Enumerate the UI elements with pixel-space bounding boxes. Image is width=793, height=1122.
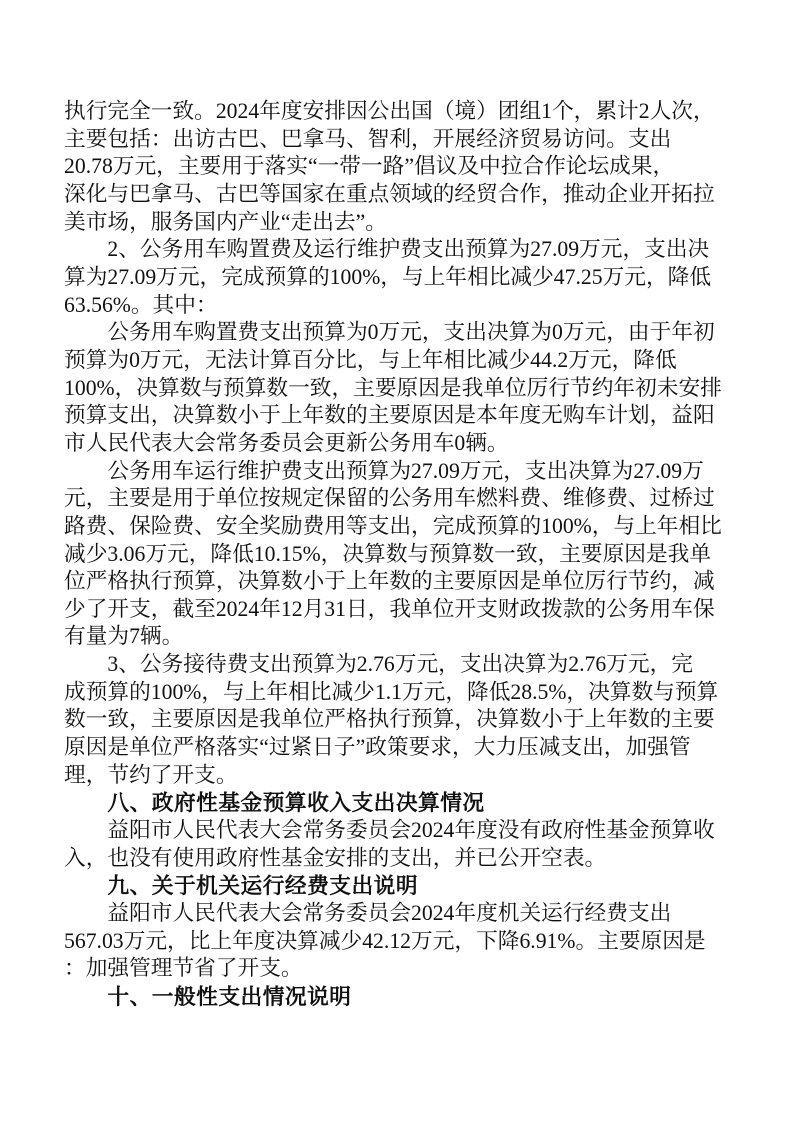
text-line: 执行完全一致。2024年度安排因公出国（境）团组1个，累计2人次， bbox=[64, 98, 729, 126]
text-line: 益阳市人民代表大会常务委员会2024年度没有政府性基金预算收 bbox=[64, 817, 729, 845]
text-line: 公务用车购置费支出预算为0万元，支出决算为0万元，由于年初 bbox=[64, 319, 729, 347]
text-line: 十、一般性支出情况说明 bbox=[64, 983, 729, 1011]
text-line: 数一致，主要原因是我单位严格执行预算，决算数小于上年数的主要 bbox=[64, 706, 729, 734]
text-line: 3、公务接待费支出预算为2.76万元，支出决算为2.76万元，完 bbox=[64, 651, 729, 679]
paragraph: 3、公务接待费支出预算为2.76万元，支出决算为2.76万元，完成预算的100%… bbox=[64, 651, 729, 789]
text-line: 减少3.06万元，降低10.15%，决算数与预算数一致，主要原因是我单 bbox=[64, 541, 729, 569]
text-line: 主要包括：出访古巴、巴拿马、智利，开展经济贸易访问。支出 bbox=[64, 126, 729, 154]
paragraph: 执行完全一致。2024年度安排因公出国（境）团组1个，累计2人次，主要包括：出访… bbox=[64, 98, 729, 236]
text-line: 入，也没有使用政府性基金安排的支出，并已公开空表。 bbox=[64, 845, 729, 873]
text-line: 位严格执行预算，决算数小于上年数的主要原因是单位厉行节约，减 bbox=[64, 568, 729, 596]
text-line: 益阳市人民代表大会常务委员会2024年度机关运行经费支出 bbox=[64, 900, 729, 928]
text-line: 九、关于机关运行经费支出说明 bbox=[64, 872, 729, 900]
text-line: 公务用车运行维护费支出预算为27.09万元，支出决算为27.09万 bbox=[64, 458, 729, 486]
text-line: 有量为7辆。 bbox=[64, 623, 729, 651]
text-line: 100%，决算数与预算数一致，主要原因是我单位厉行节约年初未安排 bbox=[64, 375, 729, 403]
text-line: 美市场，服务国内产业“走出去”。 bbox=[64, 209, 729, 237]
text-line: 2、公务用车购置费及运行维护费支出预算为27.09万元，支出决 bbox=[64, 236, 729, 264]
text-line: 567.03万元，比上年度决算减少42.12万元，下降6.91%。主要原因是 bbox=[64, 928, 729, 956]
text-line: 成预算的100%，与上年相比减少1.1万元，降低28.5%，决算数与预算 bbox=[64, 679, 729, 707]
text-line: 63.56%。其中： bbox=[64, 292, 729, 320]
text-line: ：加强管理节省了开支。 bbox=[64, 955, 729, 983]
text-line: 路费、保险费、安全奖励费用等支出，完成预算的100%，与上年相比 bbox=[64, 513, 729, 541]
section-heading: 八、政府性基金预算收入支出决算情况 bbox=[64, 789, 729, 817]
text-line: 理，节约了开支。 bbox=[64, 762, 729, 790]
text-line: 市人民代表大会常务委员会更新公务用车0辆。 bbox=[64, 430, 729, 458]
document-page: 执行完全一致。2024年度安排因公出国（境）团组1个，累计2人次，主要包括：出访… bbox=[0, 0, 793, 1122]
text-line: 深化与巴拿马、古巴等国家在重点领域的经贸合作，推动企业开拓拉 bbox=[64, 181, 729, 209]
section-heading: 十、一般性支出情况说明 bbox=[64, 983, 729, 1011]
section-heading: 九、关于机关运行经费支出说明 bbox=[64, 872, 729, 900]
paragraph: 益阳市人民代表大会常务委员会2024年度机关运行经费支出567.03万元，比上年… bbox=[64, 900, 729, 983]
text-line: 预算为0万元，无法计算百分比，与上年相比减少44.2万元，降低 bbox=[64, 347, 729, 375]
text-line: 20.78万元，主要用于落实“一带一路”倡议及中拉合作论坛成果， bbox=[64, 153, 729, 181]
text-line: 预算支出，决算数小于上年数的主要原因是本年度无购车计划，益阳 bbox=[64, 402, 729, 430]
document-body: 执行完全一致。2024年度安排因公出国（境）团组1个，累计2人次，主要包括：出访… bbox=[64, 98, 729, 1011]
text-line: 算为27.09万元，完成预算的100%，与上年相比减少47.25万元，降低 bbox=[64, 264, 729, 292]
text-line: 元，主要是用于单位按规定保留的公务用车燃料费、维修费、过桥过 bbox=[64, 485, 729, 513]
paragraph: 益阳市人民代表大会常务委员会2024年度没有政府性基金预算收入，也没有使用政府性… bbox=[64, 817, 729, 872]
paragraph: 公务用车运行维护费支出预算为27.09万元，支出决算为27.09万元，主要是用于… bbox=[64, 458, 729, 652]
text-line: 原因是单位严格落实“过紧日子”政策要求，大力压减支出，加强管 bbox=[64, 734, 729, 762]
paragraph: 公务用车购置费支出预算为0万元，支出决算为0万元，由于年初预算为0万元，无法计算… bbox=[64, 319, 729, 457]
paragraph: 2、公务用车购置费及运行维护费支出预算为27.09万元，支出决算为27.09万元… bbox=[64, 236, 729, 319]
text-line: 少了开支，截至2024年12月31日，我单位开支财政拨款的公务用车保 bbox=[64, 596, 729, 624]
text-line: 八、政府性基金预算收入支出决算情况 bbox=[64, 789, 729, 817]
